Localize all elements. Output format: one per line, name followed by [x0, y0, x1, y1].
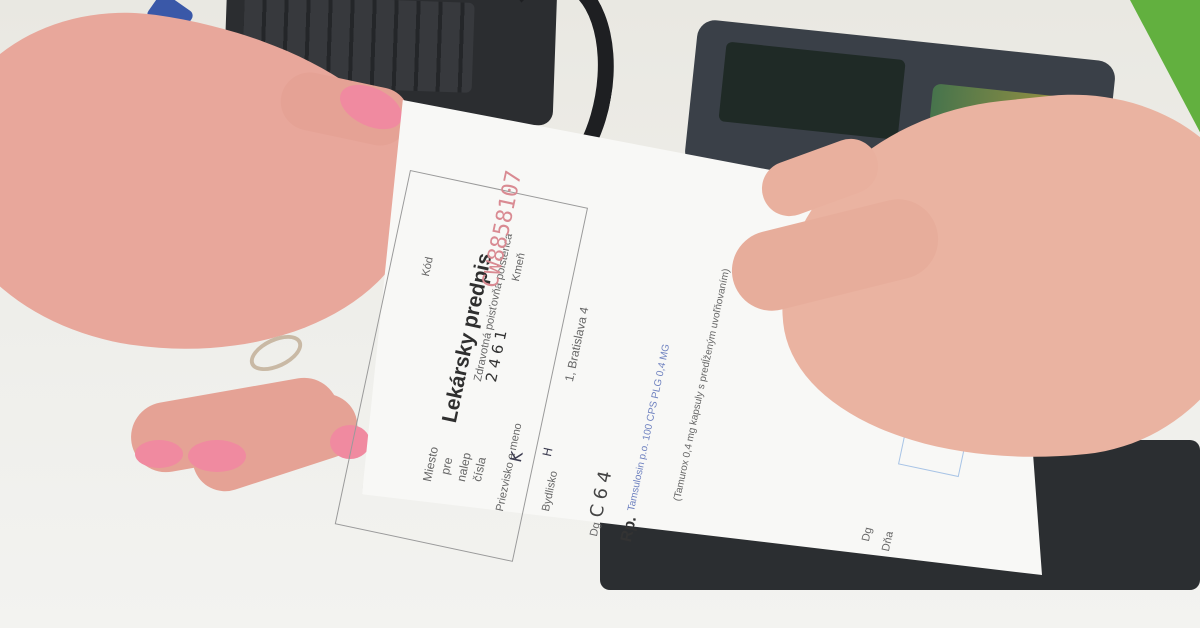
- address-label: Bydlisko: [540, 470, 560, 513]
- diagnosis-label: Dg: [588, 521, 603, 537]
- address-value: H: [540, 446, 556, 458]
- drug-handwriting: Tamsulosin p.o. 100 CPS PLG 0,4 MG: [626, 343, 672, 512]
- address-city: 1, Bratislava 4: [562, 306, 592, 383]
- drug-note: (Tamurox 0,4 mg kapsuly s predĺženým uvo…: [672, 268, 732, 503]
- photo-scene: Lekársky predpis Miesto pre nalep čísla …: [0, 0, 1200, 628]
- bottom-date-label: Dňa: [880, 530, 896, 552]
- finger-nail: [188, 440, 246, 472]
- bottom-dg-label: Dg: [860, 526, 875, 542]
- finger-nail: [135, 440, 183, 468]
- diagnosis-value: C 6 4: [586, 469, 616, 519]
- rp-label: Rp.: [618, 515, 641, 544]
